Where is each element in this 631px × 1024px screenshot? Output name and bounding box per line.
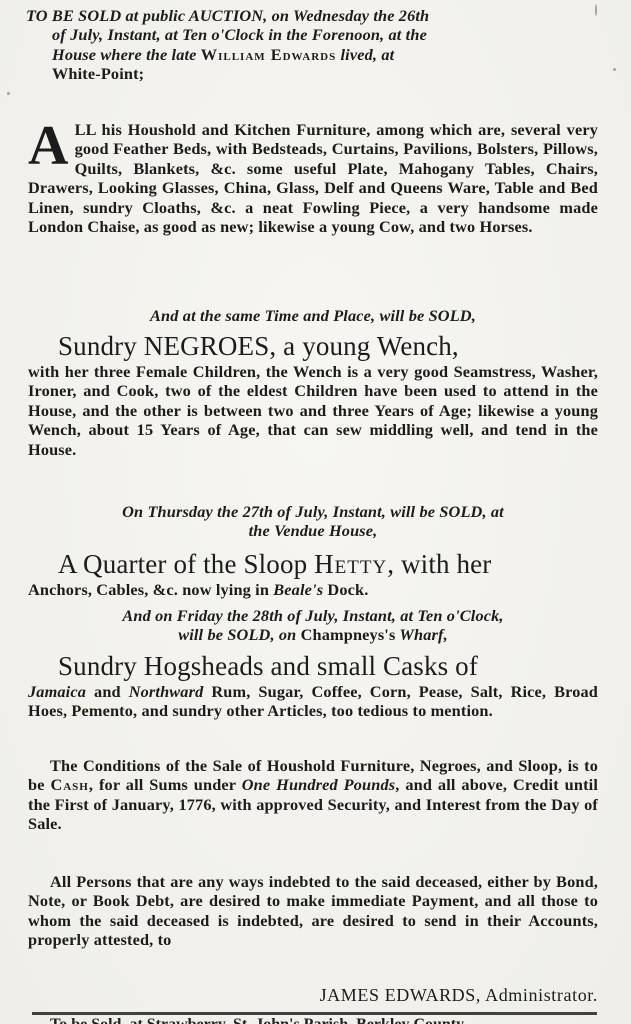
friday-line-1: And on Friday the 28th of July, Instant,… [28,606,598,625]
cash-term: Cash [50,775,88,794]
sloop-heading-suffix: , with her [387,549,491,579]
negroes-section: Sundry NEGROES, a young Wench, with her … [28,330,598,459]
debts-paragraph: All Persons that are any ways indebted t… [28,872,598,950]
conditions-paragraph: The Conditions of the Sale of Houshold F… [28,756,598,834]
intro-line-2: of July, Instant, at Ten o'Clock in the … [28,25,598,44]
intro-line-3: House where the late William Edwards liv… [28,45,598,64]
wharf-text: Wharf, [399,625,447,644]
ink-speck [613,68,616,71]
drop-cap: A [28,124,69,168]
column-divider-rule [32,1012,597,1015]
jamaica-text: Jamaica [28,682,86,701]
dock-suffix: Dock. [327,580,368,599]
friday-notice: And on Friday the 28th of July, Instant,… [28,606,598,645]
deceased-name: William Edwards [201,45,336,64]
intro-line-4: White-Point; [28,64,598,83]
dock-name: Beale's [273,580,323,599]
ink-speck [7,92,10,95]
thursday-notice: On Thursday the 27th of July, Instant, w… [28,502,598,541]
thursday-line-1: On Thursday the 27th of July, Instant, w… [28,502,598,521]
debts-text: All Persons that are any ways indebted t… [28,872,598,950]
friday-line-2: will be SOLD, on Champneys's Wharf, [28,625,598,644]
negroes-heading: Sundry NEGROES, a young Wench, [28,330,598,362]
next-advertisement-cutoff: To be Sold, at Strawberry, St. John's Pa… [50,1017,590,1024]
intro-line-1: TO BE SOLD at public AUCTION, on Wednesd… [28,6,598,25]
sloop-text: Anchors, Cables, &c. now lying in Beale'… [28,580,598,599]
auction-intro: TO BE SOLD at public AUCTION, on Wednesd… [28,6,598,84]
friday-sold-text: will be SOLD, on [178,625,296,644]
intro-lived-text: lived, at [340,45,394,64]
negroes-text: with her three Female Children, the Wenc… [28,362,598,459]
conditions-mid: , for all Sums under [89,775,236,794]
hogsheads-section: Sundry Hogsheads and small Casks of Jama… [28,650,598,721]
wharf-owner: Champneys's [301,625,396,644]
sloop-heading: A Quarter of the Sloop Hetty, with her [28,548,598,580]
newspaper-page: TO BE SOLD at public AUCTION, on Wednesd… [0,0,631,1024]
hogsheads-heading: Sundry Hogsheads and small Casks of [28,650,598,682]
pounds-threshold: One Hundred Pounds [242,775,395,794]
sloop-anchors-text: Anchors, Cables, &c. now lying in [28,580,269,599]
conditions-text: The Conditions of the Sale of Houshold F… [28,756,598,834]
sloop-section: A Quarter of the Sloop Hetty, with her A… [28,548,598,599]
sloop-name: Hetty [314,549,387,579]
intro-house-text: House where the late [52,45,197,64]
furniture-paragraph: A LL his Houshold and Kitchen Furniture,… [28,120,598,236]
thursday-line-2: the Vendue House, [28,521,598,540]
sloop-heading-text: A Quarter of the Sloop [58,549,307,579]
and-text: and [94,682,121,701]
northward-text: Northward [129,682,204,701]
administrator-signature: JAMES EDWARDS, Administrator. [28,986,618,1005]
ink-mark [595,4,597,16]
furniture-text: LL his Houshold and Kitchen Furniture, a… [28,120,598,236]
same-time-notice: And at the same Time and Place, will be … [28,306,598,325]
hogsheads-text: Jamaica and Northward Rum, Sugar, Coffee… [28,682,598,721]
